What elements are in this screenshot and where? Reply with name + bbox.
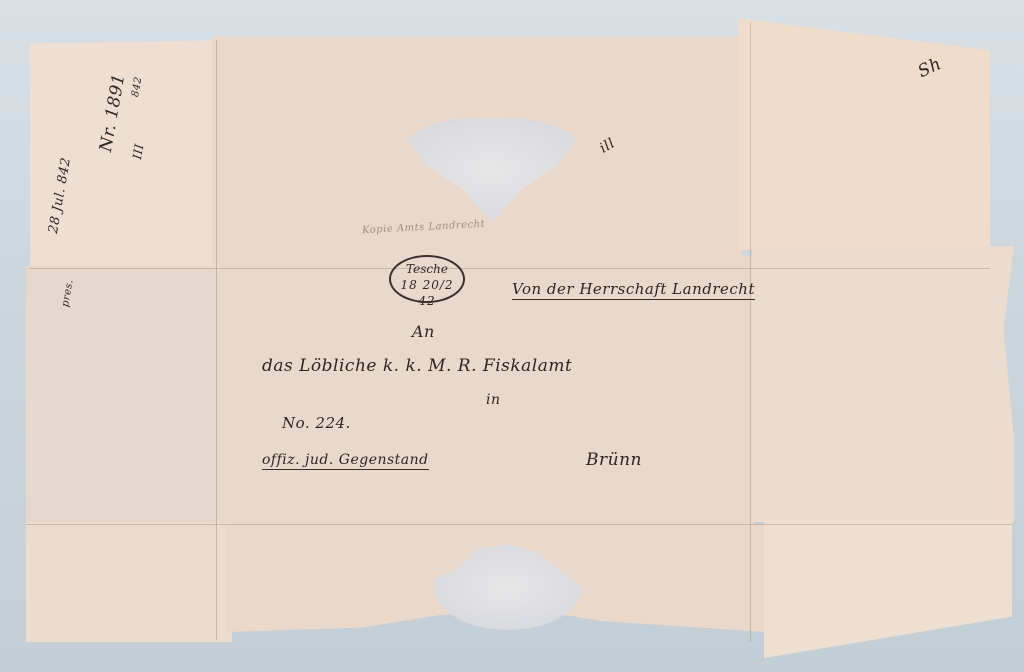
preposition: in	[486, 392, 501, 408]
sender-line: Von der Herrschaft Landrecht	[512, 280, 755, 300]
postmark-town: Tesche	[391, 261, 463, 277]
paper-panel-middle-left	[26, 266, 222, 524]
recipient-line: das Löbliche k. k. M. R. Fiskalamt	[262, 356, 572, 376]
reference-number: No. 224.	[282, 414, 351, 432]
paper-panel-bottom-left	[26, 522, 232, 642]
salutation: An	[412, 322, 435, 341]
photo-scene: Tesche 18 20/2 42 Von der Herrschaft Lan…	[0, 0, 1024, 672]
paper-panel-middle-right	[752, 246, 1014, 522]
paper-panel-bottom-right	[764, 520, 1012, 658]
postmark-stamp: Tesche 18 20/2 42	[389, 255, 465, 303]
fold-line-horizontal-upper	[30, 268, 990, 269]
fold-line-vertical-left	[216, 40, 217, 640]
destination-city: Brünn	[586, 450, 642, 470]
fold-line-vertical-right	[750, 22, 751, 642]
docket-mark: III	[130, 143, 147, 161]
paper-panel-top-right	[738, 18, 990, 250]
subject-note: offiz. jud. Gegenstand	[262, 452, 429, 470]
postmark-date: 18 20/2 42	[391, 277, 463, 309]
fold-line-horizontal-lower	[26, 524, 1012, 525]
